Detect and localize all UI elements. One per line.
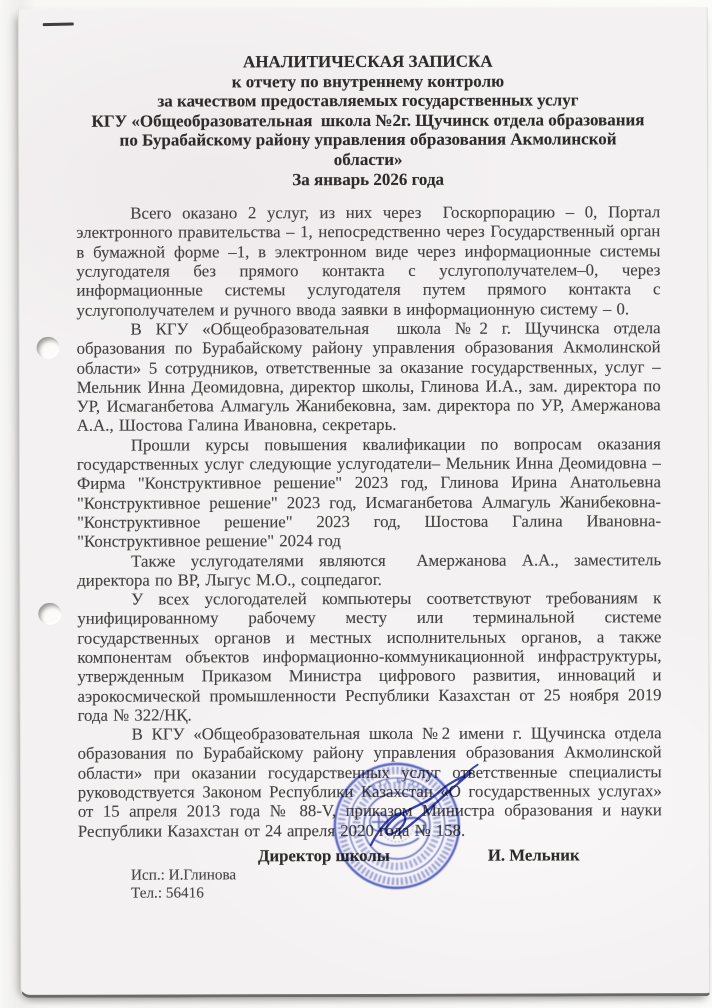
title-line-7: За январь 2026 года — [76, 169, 660, 190]
paragraph-additional-providers: Также услугодателями являются Амержанова… — [77, 550, 661, 590]
handwritten-signature — [341, 740, 491, 910]
paragraph-services-count: Всего оказано 2 услуг, из них через Госк… — [76, 202, 660, 319]
pen-dash-mark — [43, 22, 74, 26]
paragraph-staff-list: В КГУ «Общеобразовательная школа №2 г. Щ… — [77, 318, 661, 435]
title-line-5: по Бурабайскому району управления образо… — [76, 130, 660, 151]
title-line-4: КГУ «Общеобразовательная школа №2г. Щучи… — [76, 110, 660, 131]
title-line-3: за качеством предоставляемых государстве… — [76, 90, 660, 111]
title-line-2: к отчету по внутреннему контролю — [76, 71, 660, 92]
signature-name: И. Мельник — [488, 845, 580, 865]
title-line-1: АНАЛИТИЧЕСКАЯ ЗАПИСКА — [76, 51, 660, 72]
title-line-6: области» — [76, 149, 660, 170]
punch-hole-top — [37, 337, 60, 359]
punch-hole-bottom — [38, 603, 61, 625]
document-page: АНАЛИТИЧЕСКАЯ ЗАПИСКА к отчету по внутре… — [18, 7, 711, 998]
paragraph-training-courses: Прошли курсы повышения квалификации по в… — [77, 434, 661, 551]
paragraph-computers-compliance: У всех услогодателей компьютеры соответс… — [77, 588, 661, 725]
scan-background: АНАЛИТИЧЕСКАЯ ЗАПИСКА к отчету по внутре… — [0, 0, 712, 1008]
document-title: АНАЛИТИЧЕСКАЯ ЗАПИСКА к отчету по внутре… — [76, 51, 660, 190]
